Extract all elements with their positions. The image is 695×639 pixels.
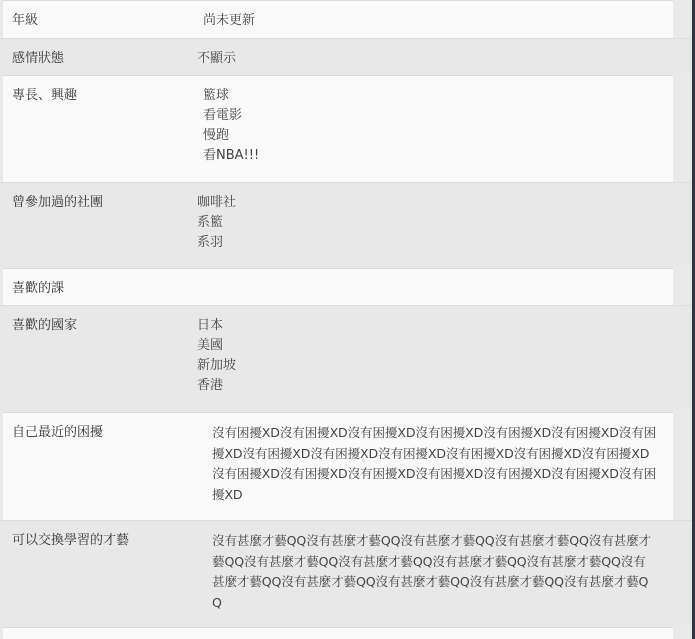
list-item: 看電影 [203, 106, 673, 126]
profile-info-table: 年級 尚未更新 感情狀態 不顯示 專長、興趣 籃球 看電影 慢跑 看NBA!!!… [0, 0, 692, 639]
list-item: 日本 [197, 316, 692, 336]
profile-row-favorite-courses: 喜歡的課 [3, 268, 673, 305]
list-item: 新加坡 [197, 356, 692, 376]
relationship-status-value: 不顯示 [197, 49, 692, 69]
recent-troubles-value: 沒有困擾XD沒有困擾XD沒有困擾XD沒有困擾XD沒有困擾XD沒有困擾XD沒有困擾… [212, 423, 657, 505]
favorite-courses-label: 喜歡的課 [12, 279, 200, 299]
profile-row-exchangeable-talents: 可以交換學習的才藝 沒有甚麼才藝QQ沒有甚麼才藝QQ沒有甚麼才藝QQ沒有甚麼才藝… [0, 520, 692, 627]
favorite-countries-label: 喜歡的國家 [12, 316, 197, 336]
row-value: 日本 美國 新加坡 香港 [197, 306, 692, 412]
profile-row-recent-troubles: 自己最近的困擾 沒有困擾XD沒有困擾XD沒有困擾XD沒有困擾XD沒有困擾XD沒有… [3, 412, 673, 520]
list-item: 系籃 [197, 213, 692, 233]
row-label: 自己最近的困擾 [3, 413, 200, 520]
profile-row-favorite-countries: 喜歡的國家 日本 美國 新加坡 香港 [0, 305, 692, 412]
grade-value: 尚未更新 [203, 11, 673, 31]
row-value: 咖啡社 系籃 系羽 [197, 183, 692, 268]
profile-row-relationship-status: 感情狀態 不顯示 [0, 38, 692, 75]
clubs-label: 曾參加過的社團 [12, 193, 197, 213]
row-value: 不顯示 [197, 39, 692, 75]
list-item: 香港 [197, 376, 692, 396]
row-value: 沒有困擾XD沒有困擾XD沒有困擾XD沒有困擾XD沒有困擾XD沒有困擾XD沒有困擾… [200, 413, 673, 520]
list-item: 咖啡社 [197, 193, 692, 213]
row-label: 曾參加過的社團 [0, 183, 197, 268]
row-label [3, 628, 200, 639]
profile-row-skills-interests: 專長、興趣 籃球 看電影 慢跑 看NBA!!! [3, 75, 673, 182]
list-item: 籃球 [203, 86, 673, 106]
row-value [200, 628, 673, 639]
exchangeable-talents-value: 沒有甚麼才藝QQ沒有甚麼才藝QQ沒有甚麼才藝QQ沒有甚麼才藝QQ沒有甚麼才藝QQ… [212, 531, 657, 613]
relationship-status-label: 感情狀態 [12, 49, 197, 69]
row-label: 感情狀態 [0, 39, 197, 75]
row-value [200, 269, 673, 305]
profile-row-grade: 年級 尚未更新 [3, 0, 673, 38]
row-label: 可以交換學習的才藝 [0, 521, 197, 627]
row-value: 尚未更新 [3, 1, 673, 38]
list-item: 美國 [197, 336, 692, 356]
row-label: 喜歡的課 [3, 269, 200, 305]
recent-troubles-label: 自己最近的困擾 [12, 423, 200, 443]
row-value: 沒有甚麼才藝QQ沒有甚麼才藝QQ沒有甚麼才藝QQ沒有甚麼才藝QQ沒有甚麼才藝QQ… [197, 521, 692, 627]
row-value: 籃球 看電影 慢跑 看NBA!!! [3, 76, 673, 182]
list-item: 系羽 [197, 233, 692, 253]
list-item: 慢跑 [203, 126, 673, 146]
exchangeable-talents-label: 可以交換學習的才藝 [12, 531, 197, 551]
list-item: 看NBA!!! [203, 146, 673, 166]
profile-row-next [3, 627, 673, 639]
profile-row-clubs: 曾參加過的社團 咖啡社 系籃 系羽 [0, 182, 692, 268]
row-label: 喜歡的國家 [0, 306, 197, 412]
